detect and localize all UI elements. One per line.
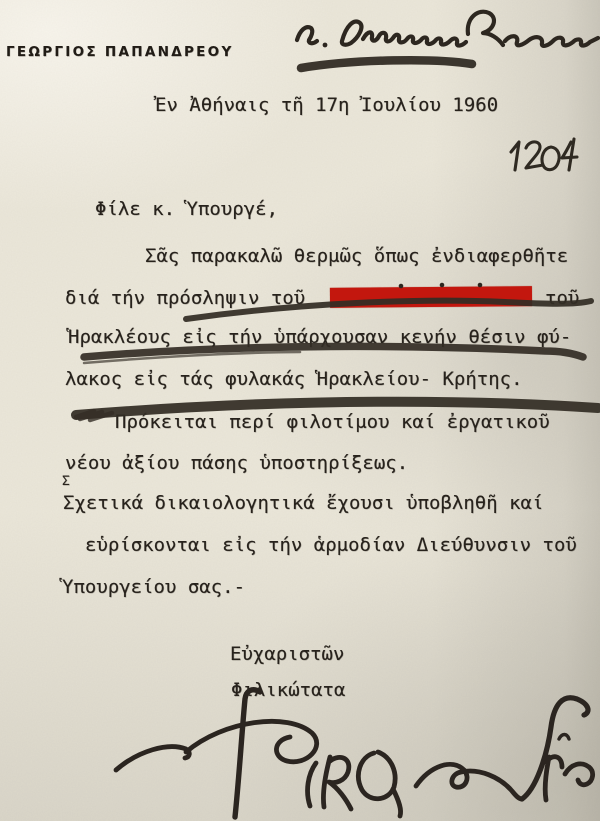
scanned-letter-page: ΓΕΩΡΓΙΟΣ ΠΑΠΑΝΔΡΕΟΥ Ἐν Ἀθήναις τῆ 17η Ἰο… [0, 0, 600, 821]
closing-valediction: Φιλικώτατα [231, 680, 345, 701]
redaction-bar [330, 286, 532, 308]
salutation: Φίλε κ. Ὑπουργέ, [95, 199, 278, 220]
marker-underline-stroke-2 [84, 346, 583, 357]
handwritten-filing-number [511, 139, 577, 170]
handwritten-recipient-annotation [297, 12, 598, 48]
date-line: Ἐν Ἀθήναις τῆ 17η Ἰουλίου 1960 [155, 95, 498, 116]
body-para1-line1: Σᾶς παρακαλῶ θερμῶς ὅπως ἐνδιαφερθῆτε [145, 246, 568, 267]
body-para3-line2: εὑρίσκονται εἰς τήν ἁρμοδίαν Διεύθυνσιν … [85, 535, 577, 556]
handwritten-signature [116, 690, 593, 817]
annotation-dot [323, 43, 328, 48]
letterhead-sender-name: ΓΕΩΡΓΙΟΣ ΠΑΠΑΝΔΡΕΟΥ [6, 44, 234, 60]
annotation-underline-stroke [301, 60, 472, 68]
body-para1-line4: λακος εἰς τάς φυλακάς Ἡρακλείου- Κρήτης. [65, 369, 523, 390]
body-para3-line1: Σχετικά δικαιολογητικά ἔχουσι ὑποβληθῆ κ… [63, 493, 543, 514]
closing-thanks: Εὐχαριστῶν [230, 644, 344, 665]
stray-sigma-character: Σ [62, 475, 70, 489]
marker-scribble-start [76, 411, 112, 420]
marker-underline-stroke-2-echo [84, 352, 300, 363]
body-para1-line3: Ἡρακλέους εἰς τήν ὑπάρχουσαν κενήν θέσιν… [68, 327, 571, 348]
body-para1-line2-before-redaction: διά τήν πρόσληψιν τοῦ [65, 288, 305, 309]
body-para2-line1: Πρόκειται περί φιλοτίμου καί ἐργατικοῦ [115, 412, 550, 433]
body-para2-line2: νέου ἀξίου πάσης ὑποστηρίξεως. [65, 453, 408, 474]
body-para1-line2-after-redaction: τοῦ [545, 288, 579, 309]
body-para3-line3: Ὑπουργείου σας.- [62, 577, 245, 598]
